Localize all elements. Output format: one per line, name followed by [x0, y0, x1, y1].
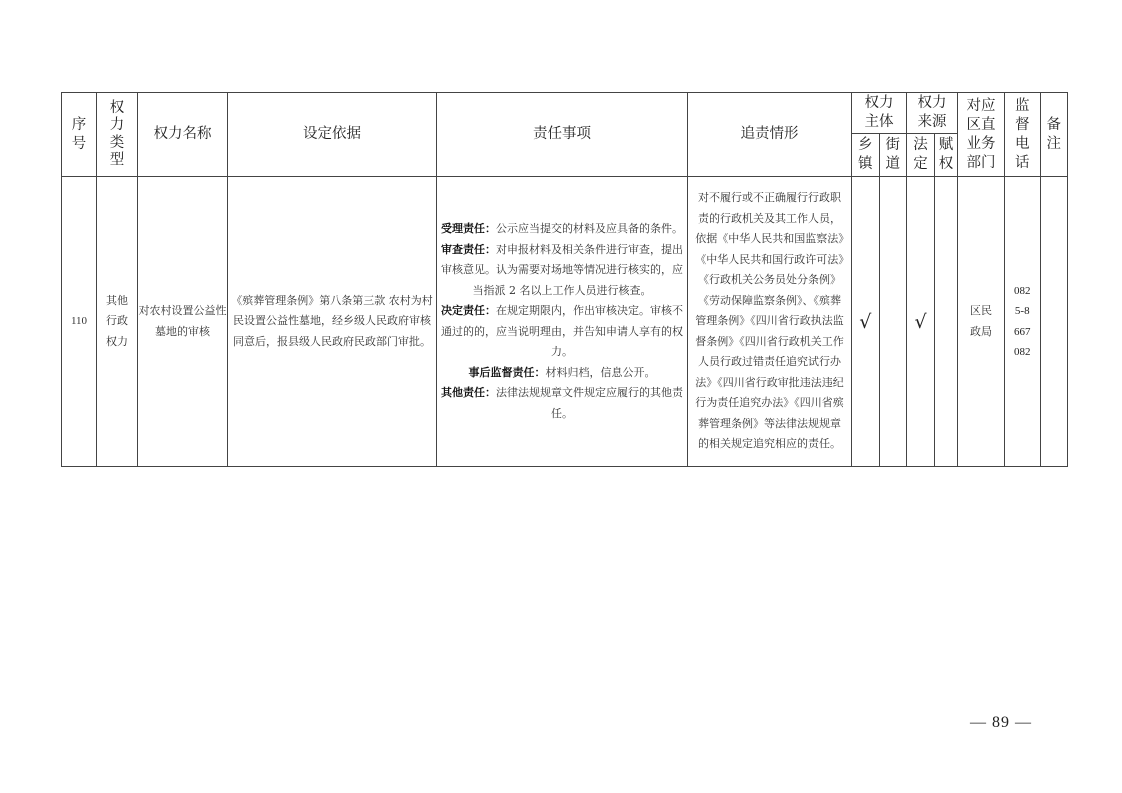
header-remark: 备注 — [1040, 93, 1068, 177]
row-street — [879, 177, 907, 467]
row-dept: 区民政局 — [958, 177, 1005, 467]
row-power-name: 对农村设置公益性墓地的审核 — [138, 177, 228, 467]
check-township-icon: √ — [852, 177, 880, 467]
row-remark — [1040, 177, 1068, 467]
resp-decision: 决定责任：在规定期限内，作出审核决定。审核不通过的的，应当说明理由，并告知申请人… — [437, 301, 687, 363]
row-responsibilities: 受理责任：公示应当提交的材料及应具备的条件。 审查责任：对申报材料及相关条件进行… — [437, 177, 688, 467]
row-seq: 110 — [62, 177, 97, 467]
resp-other: 其他责任：法律法规规章文件规定应履行的其他责任。 — [437, 383, 687, 424]
header-power-type: 权力类型 — [97, 93, 138, 177]
table-row: 110 其他行政权力 对农村设置公益性墓地的审核 《殡葬管理条例》第八条第三款 … — [62, 177, 1068, 467]
power-list-table: 序号 权力类型 权力名称 设定依据 责任事项 追责情形 权力主体 权力来源 对应… — [61, 92, 1068, 467]
resp-accept: 受理责任：公示应当提交的材料及应具备的条件。 — [437, 219, 687, 240]
header-basis: 设定依据 — [228, 93, 437, 177]
row-phone: 082 5-8 667 082 — [1005, 177, 1041, 467]
header-dept: 对应区直业务部门 — [958, 93, 1005, 177]
header-phone: 监督电话 — [1005, 93, 1041, 177]
resp-review: 审查责任：对申报材料及相关条件进行审查，提出审核意见。认为需要对场地等情况进行核… — [437, 240, 687, 302]
check-statutory-icon: √ — [907, 177, 935, 467]
header-power-source: 权力来源 — [907, 93, 958, 134]
header-township: 乡镇 — [852, 134, 880, 177]
row-basis: 《殡葬管理条例》第八条第三款 农村为村民设置公益性墓地，经乡级人民政府审核同意后… — [228, 177, 437, 467]
header-street: 街道 — [879, 134, 907, 177]
header-responsibilities: 责任事项 — [437, 93, 688, 177]
header-power-name: 权力名称 — [138, 93, 228, 177]
header-row-top: 序号 权力类型 权力名称 设定依据 责任事项 追责情形 权力主体 权力来源 对应… — [62, 93, 1068, 134]
header-seq: 序号 — [62, 93, 97, 177]
header-accountability: 追责情形 — [688, 93, 852, 177]
page-number: — 89 — — [970, 714, 1032, 732]
header-delegated: 赋权 — [935, 134, 958, 177]
resp-supervision: 事后监督责任：材料归档，信息公开。 — [437, 363, 687, 384]
row-power-type: 其他行政权力 — [97, 177, 138, 467]
header-power-subject: 权力主体 — [852, 93, 907, 134]
row-accountability: 对不履行或不正确履行行政职责的行政机关及其工作人员，依据《中华人民共和国监察法》… — [688, 177, 852, 467]
row-delegated — [935, 177, 958, 467]
header-statutory: 法定 — [907, 134, 935, 177]
